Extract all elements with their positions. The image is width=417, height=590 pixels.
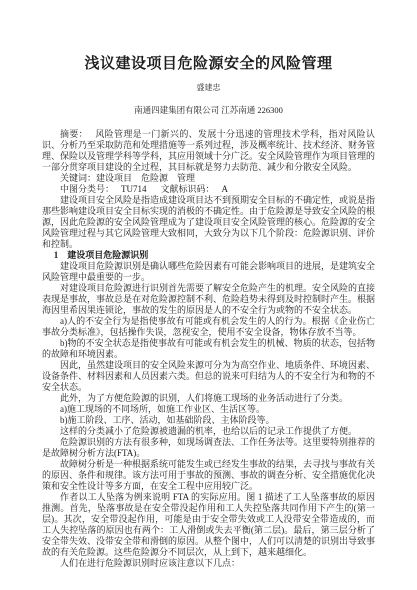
paragraph: 此外，为了方便危险源的识别，人们将施工现场的业务活动进行了分类。 — [42, 393, 375, 404]
list-item: b)物的不安全状态是指使事故有可能或有机会发生的机械、物质的状态，包括物的故障和… — [42, 338, 375, 360]
page-title: 浅议建设项目危险源安全的风险管理 — [42, 55, 375, 73]
section-heading: 1 建设项目危险源识别 — [42, 250, 375, 261]
doc-code-label: 文献标识码： — [161, 184, 215, 194]
author-name: 盛建忠 — [42, 82, 375, 93]
clc-value: TU714 — [121, 184, 147, 194]
keywords-label: 关键词： — [60, 173, 96, 183]
article-body: 摘要：风险管理是一门新兴的、发展十分迅速的管理技术学科，指对风险认识、分析乃至采… — [42, 129, 375, 569]
list-item: b)施工阶段、工序、活动，如基础阶段、主体阶段等。 — [42, 415, 375, 426]
abstract-text: 风险管理是一门新兴的、发展十分迅速的管理技术学科，指对风险认识、分析乃至采取防范… — [42, 129, 375, 172]
abstract-label: 摘要： — [60, 129, 88, 139]
doc-code-value: A — [222, 184, 229, 194]
classification-line: 中图分类号：TU714文献标识码：A — [42, 184, 375, 195]
list-item: a)施工现场的不同场所，如施工作业区、生活区等。 — [42, 404, 375, 415]
paragraph: 作者以工人坠落为例来说明 FTA 的实际应用。图 1 描述了工人坠落事故的原因推… — [42, 492, 375, 558]
abstract: 摘要：风险管理是一门新兴的、发展十分迅速的管理技术学科，指对风险认识、分析乃至采… — [42, 129, 375, 173]
paragraph: 建设项目危险源识别是确认哪些危险因素有可能会影响项目的进展，是建筑安全风险管理中… — [42, 261, 375, 283]
document-page: 浅议建设项目危险源安全的风险管理 盛建忠 南通四建集团有限公司 江苏南通 226… — [0, 0, 417, 590]
paragraph: 这样的分类减小了危险源被遗漏的机率，也给以后的记录工作提供了方便。 — [42, 426, 375, 437]
author-affiliation: 南通四建集团有限公司 江苏南通 226300 — [42, 104, 375, 116]
paragraph: 建设项目安全风险是指造成建设项目达不到预期安全目标的不确定性，或说是指那些影响建… — [42, 195, 375, 250]
paragraph: 危险源识别的方法有很多种，如现场调查法、工作任务法等。这里要特别推荐的是故障树分… — [42, 437, 375, 459]
paragraph: 故障树分析是一种根据系统可能发生或已经发生事故的结果，去寻找与事故有关的原因、条… — [42, 459, 375, 492]
keywords-text: 建设项目 危险源 管理 — [96, 173, 195, 183]
paragraph: 因此，虽然建设项目的安全风险来源可分为为高空作业、地质条件、环境因素、设备条件、… — [42, 360, 375, 393]
paragraph: 人们在进行危险源识别时应该注意以下几点： — [42, 558, 375, 569]
clc-label: 中图分类号： — [60, 184, 114, 194]
list-item: a)人的不安全行为是指使事故有可能或有机会发生的人的行为。根据《企业伤亡事故分类… — [42, 316, 375, 338]
keywords-line: 关键词：建设项目 危险源 管理 — [42, 173, 375, 184]
paragraph: 对建设项目危险源进行识别首先需要了解安全危险产生的机理。安全风险的直接表现是事故… — [42, 283, 375, 316]
